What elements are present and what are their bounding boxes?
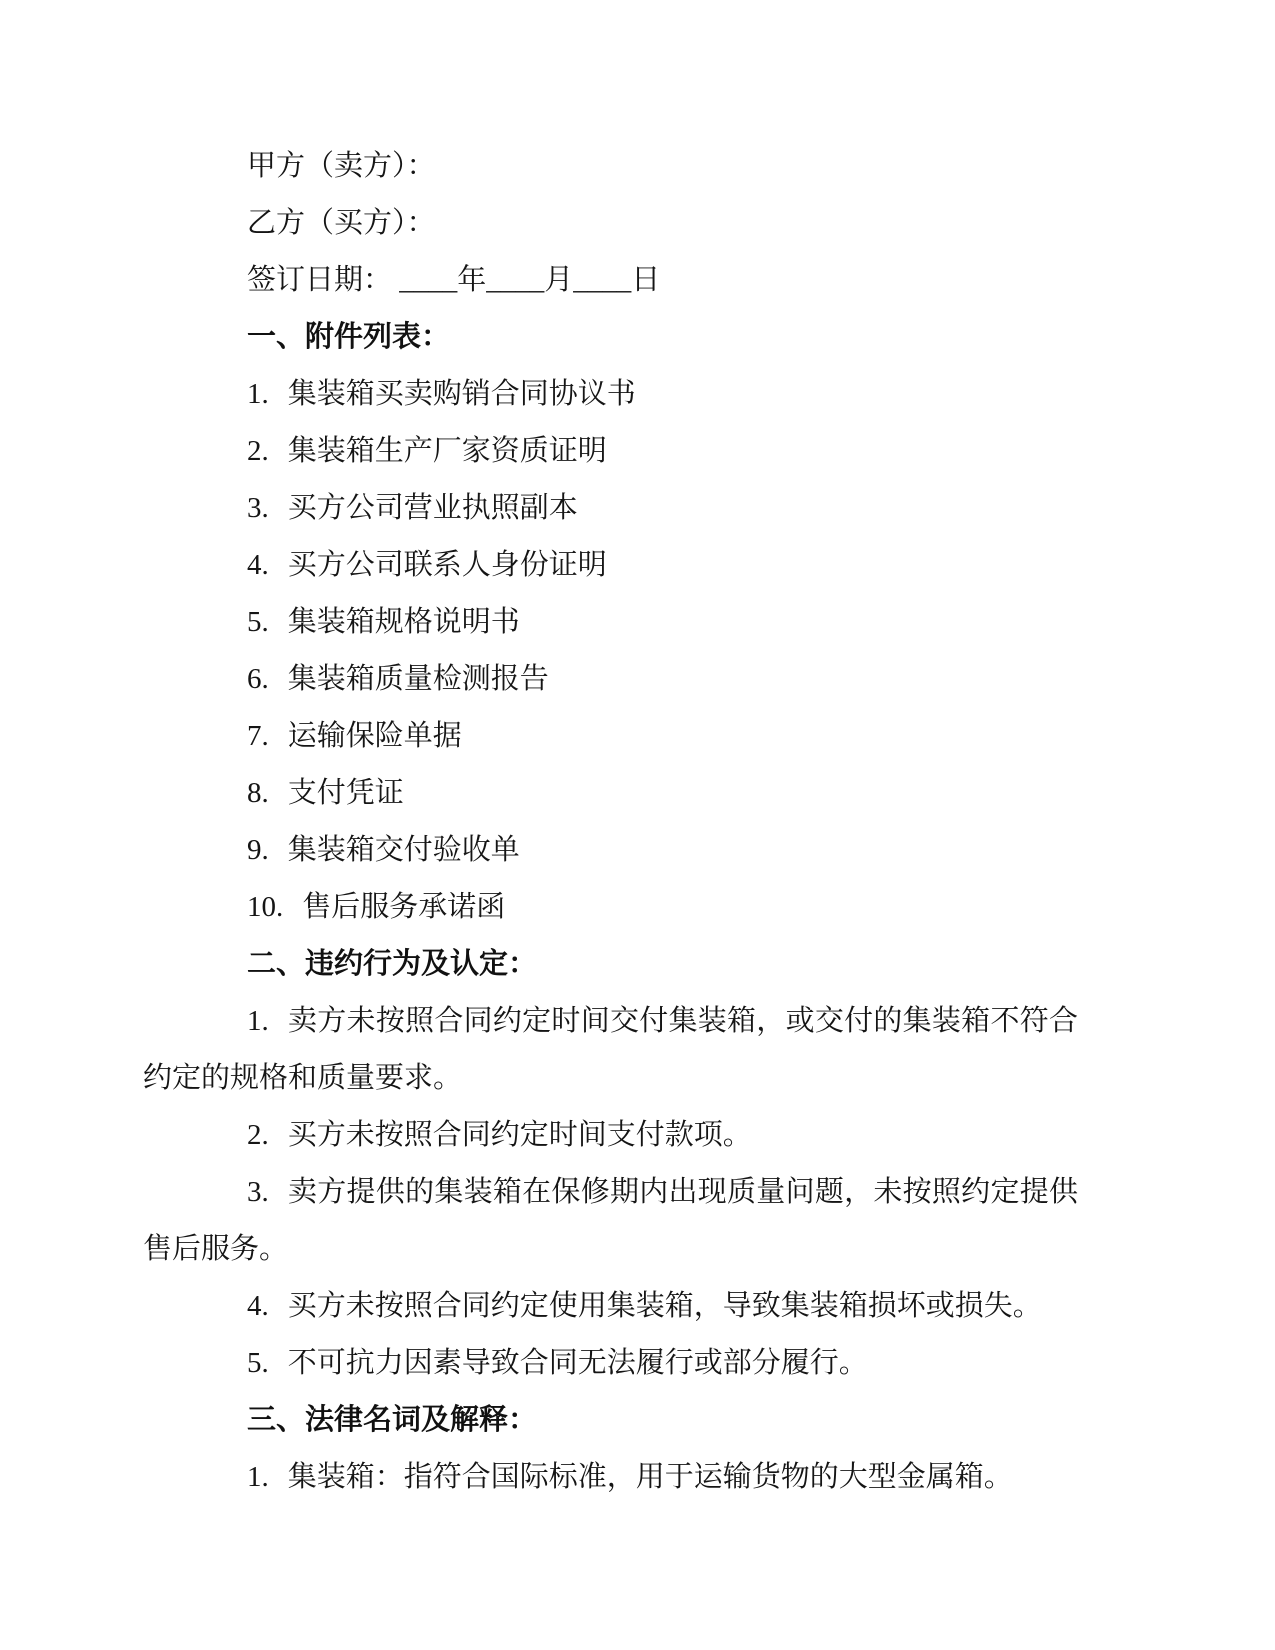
attachment-item-9: 9.集装箱交付验收单 [143,822,1078,879]
item-number: 5. [247,1347,269,1379]
item-text: 买方未按照合同约定时间支付款项。 [288,1119,752,1151]
attachment-item-5: 5.集装箱规格说明书 [143,594,1078,651]
item-text: 不可抗力因素导致合同无法履行或部分履行。 [288,1347,868,1379]
attachment-item-6: 6.集装箱质量检测报告 [143,651,1078,708]
item-number: 7. [247,720,269,752]
item-text: 买方公司营业执照副本 [288,492,578,524]
breach-item-2: 2.买方未按照合同约定时间支付款项。 [143,1107,1078,1164]
item-number: 2. [247,1119,269,1151]
item-text: 集装箱交付验收单 [288,834,520,866]
item-number: 8. [247,777,269,809]
item-number: 1. [247,378,269,410]
section-heading-attachments: 一、附件列表： [143,309,1078,366]
item-text: 买方未按照合同约定使用集装箱，导致集装箱损坏或损失。 [288,1290,1042,1322]
item-text: 集装箱质量检测报告 [288,663,549,695]
item-number: 2. [247,435,269,467]
legal-term-item-1: 1.集装箱：指符合国际标准，用于运输货物的大型金属箱。 [143,1449,1078,1506]
item-text: 卖方未按照合同约定时间交付集装箱，或交付的集装箱不符合约定的规格和质量要求。 [143,1005,1078,1094]
item-text: 买方公司联系人身份证明 [288,549,607,581]
item-number: 3. [247,492,269,524]
item-text: 售后服务承诺函 [302,891,505,923]
item-text: 集装箱：指符合国际标准，用于运输货物的大型金属箱。 [288,1461,1013,1493]
item-text: 集装箱生产厂家资质证明 [288,435,607,467]
item-number: 10. [247,891,283,923]
breach-item-5: 5.不可抗力因素导致合同无法履行或部分履行。 [143,1335,1078,1392]
attachment-item-7: 7.运输保险单据 [143,708,1078,765]
attachment-item-1: 1.集装箱买卖购销合同协议书 [143,366,1078,423]
breach-item-4: 4.买方未按照合同约定使用集装箱，导致集装箱损坏或损失。 [143,1278,1078,1335]
item-text: 卖方提供的集装箱在保修期内出现质量问题，未按照约定提供售后服务。 [143,1176,1078,1265]
item-text: 支付凭证 [288,777,404,809]
section-heading-legal-terms: 三、法律名词及解释： [143,1392,1078,1449]
attachment-item-2: 2.集装箱生产厂家资质证明 [143,423,1078,480]
item-text: 集装箱买卖购销合同协议书 [288,378,636,410]
item-number: 6. [247,663,269,695]
breach-item-1: 1.卖方未按照合同约定时间交付集装箱，或交付的集装箱不符合约定的规格和质量要求。 [143,993,1078,1107]
item-number: 5. [247,606,269,638]
item-text: 运输保险单据 [288,720,462,752]
item-number: 4. [247,549,269,581]
attachment-item-10: 10.售后服务承诺函 [143,879,1078,936]
party-a-line: 甲方（卖方）： [143,138,1078,195]
breach-item-3: 3.卖方提供的集装箱在保修期内出现质量问题，未按照约定提供售后服务。 [143,1164,1078,1278]
item-number: 3. [247,1176,269,1208]
item-text: 集装箱规格说明书 [288,606,520,638]
section-heading-breach: 二、违约行为及认定： [143,936,1078,993]
sign-date-line: 签订日期： ____年____月____日 [143,252,1078,309]
party-b-line: 乙方（买方）： [143,195,1078,252]
item-number: 9. [247,834,269,866]
attachment-item-4: 4.买方公司联系人身份证明 [143,537,1078,594]
attachment-item-3: 3.买方公司营业执照副本 [143,480,1078,537]
attachment-item-8: 8.支付凭证 [143,765,1078,822]
item-number: 4. [247,1290,269,1322]
item-number: 1. [247,1461,269,1493]
contract-document-page: 甲方（卖方）： 乙方（买方）： 签订日期： ____年____月____日 一、… [0,0,1275,1650]
item-number: 1. [247,1005,269,1037]
